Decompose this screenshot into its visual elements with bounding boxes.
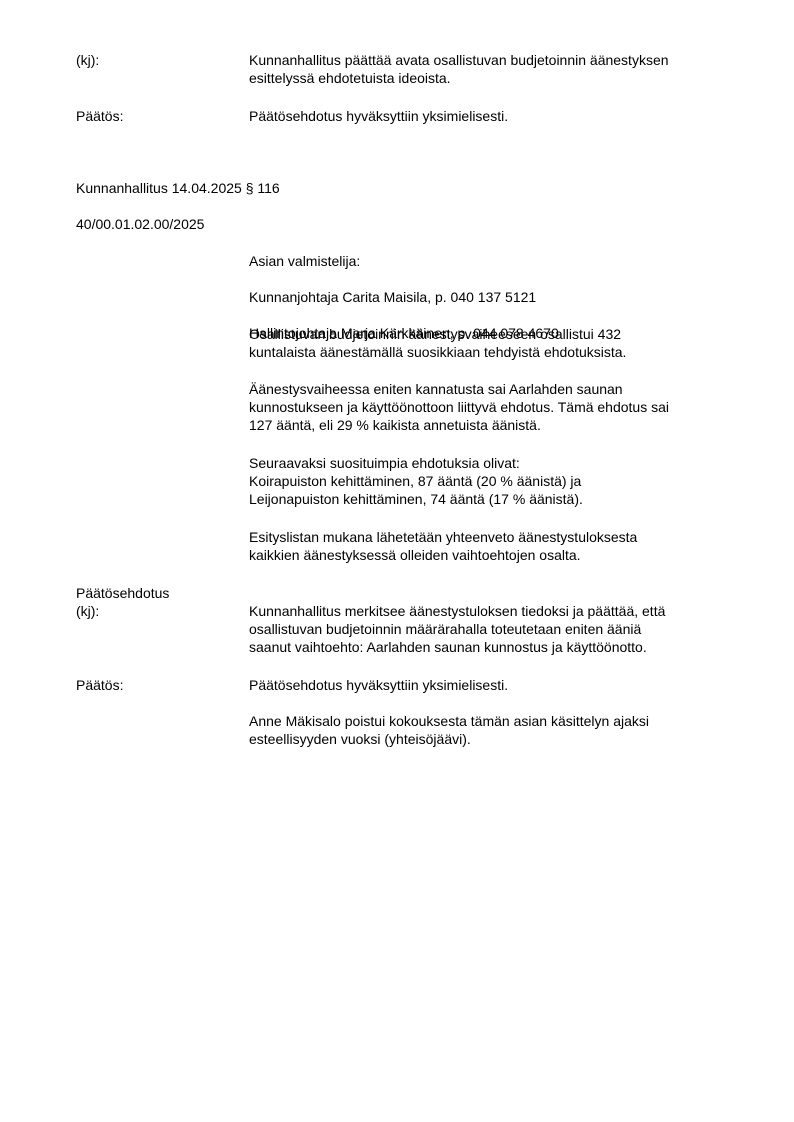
preparer-1: Kunnanjohtaja Carita Maisila, p. 040 137…: [249, 288, 739, 306]
proposal-label-1: Päätösehdotus: [76, 584, 169, 602]
proposal-row: (kj): Kunnanhallitus merkitsee äänestyst…: [76, 602, 736, 656]
paragraph-runners-up: Seuraavaksi suosituimpia ehdotuksia oliv…: [249, 454, 739, 508]
decision-label: Päätös:: [76, 107, 249, 125]
proposal-text: Kunnanhallitus merkitsee äänestystulokse…: [249, 602, 736, 656]
record-number: 40/00.01.02.00/2025: [76, 215, 280, 233]
recusal-note: Anne Mäkisalo poistui kokouksesta tämän …: [249, 712, 739, 748]
decision-label: Päätös:: [76, 676, 249, 694]
paragraph-participation: Osallistuvan budjetoinnin äänestysvaihee…: [249, 325, 739, 361]
decision-text: Päätösehdotus hyväksyttiin yksimielisest…: [249, 676, 736, 694]
proposal-text: Kunnanhallitus päättää avata osallistuva…: [249, 51, 736, 87]
decision-text: Päätösehdotus hyväksyttiin yksimielisest…: [249, 107, 736, 125]
paragraph-summary-attachment: Esityslistan mukana lähetetään yhteenvet…: [249, 528, 739, 564]
preparer-heading: Asian valmistelija:: [249, 252, 739, 270]
proposal-label-2: (kj):: [76, 602, 249, 656]
prev-decision-row: Päätös: Päätösehdotus hyväksyttiin yksim…: [76, 107, 736, 125]
meeting-reference: Kunnanhallitus 14.04.2025 § 116: [76, 179, 280, 197]
proposal-label: (kj):: [76, 51, 249, 87]
prev-proposal-row: (kj): Kunnanhallitus päättää avata osall…: [76, 51, 736, 87]
paragraph-winner: Äänestysvaiheessa eniten kannatusta sai …: [249, 380, 739, 434]
decision-row: Päätös: Päätösehdotus hyväksyttiin yksim…: [76, 676, 736, 694]
